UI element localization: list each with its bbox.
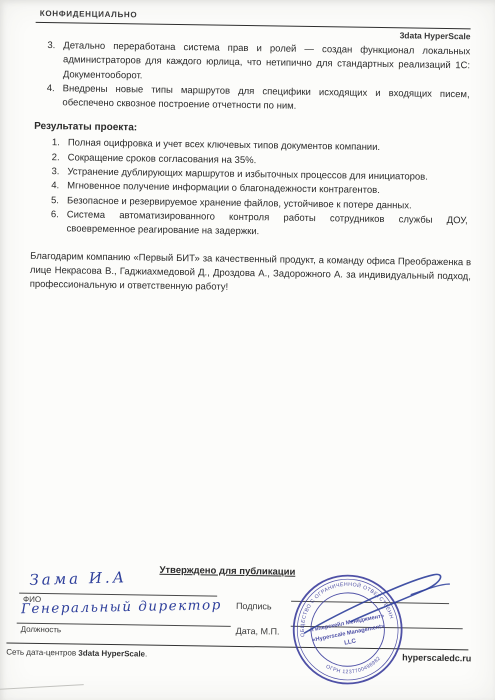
list-item-text: Детально переработана система прав и рол…: [63, 39, 471, 88]
list-item-number: 5.: [27, 193, 67, 208]
scan-edge-artifact: [0, 684, 84, 690]
footer-left-prefix: Сеть дата-центров: [6, 648, 78, 658]
list-item-number: 4.: [27, 179, 67, 194]
fio-signature-line: [19, 593, 217, 597]
footer-company-line: Сеть дата-центров 3data HyperScale.: [6, 648, 147, 659]
list-item-text: Внедрены новые типы маршрутов для специф…: [62, 82, 469, 117]
document-body: КОНФИДЕНЦИАЛЬНО 3data HyperScale 3. Дета…: [26, 9, 471, 299]
list-item: 4. Внедрены новые типы маршрутов для спе…: [28, 82, 469, 117]
scan-tilt-wrapper: КОНФИДЕНЦИАЛЬНО 3data HyperScale 3. Дета…: [0, 0, 495, 700]
footer-left-brand: 3data HyperScale: [78, 649, 145, 659]
list-item-number: 1.: [28, 136, 68, 151]
list-item: 6. Система автоматизированного контроля …: [26, 208, 467, 243]
results-heading: Результаты проекта:: [34, 121, 469, 138]
list-item-number: 3.: [27, 165, 67, 180]
list-item-number: 2.: [28, 151, 68, 166]
approval-title: Утверждено для публикации: [159, 565, 295, 578]
handwritten-position: Генеральный директор: [21, 597, 222, 617]
footer-left-suffix: .: [145, 650, 147, 659]
signature-label: Подпись: [236, 601, 272, 612]
list-item-text: Система автоматизированного контроля раб…: [66, 208, 467, 243]
scanned-document-page: КОНФИДЕНЦИАЛЬНО 3data HyperScale 3. Дета…: [0, 0, 495, 700]
pen-signature-stroke: [288, 557, 467, 656]
results-numbered-list: 1. Полная оцифровка и учет всех ключевых…: [26, 136, 468, 243]
list-item-number: 6.: [26, 208, 66, 237]
thanks-paragraph: Благодарим компанию «Первый БИТ» за каче…: [30, 249, 472, 298]
position-label: Должность: [21, 625, 62, 635]
handwritten-name: Зама И.А: [29, 568, 127, 589]
list-item: 3. Детально переработана система прав и …: [29, 39, 471, 88]
list-item-number: 3.: [29, 39, 64, 82]
date-stamp-label: Дата, М.П.: [236, 626, 280, 637]
list-item-number: 4.: [28, 82, 62, 111]
continued-numbered-list: 3. Детально переработана система прав и …: [28, 39, 470, 117]
